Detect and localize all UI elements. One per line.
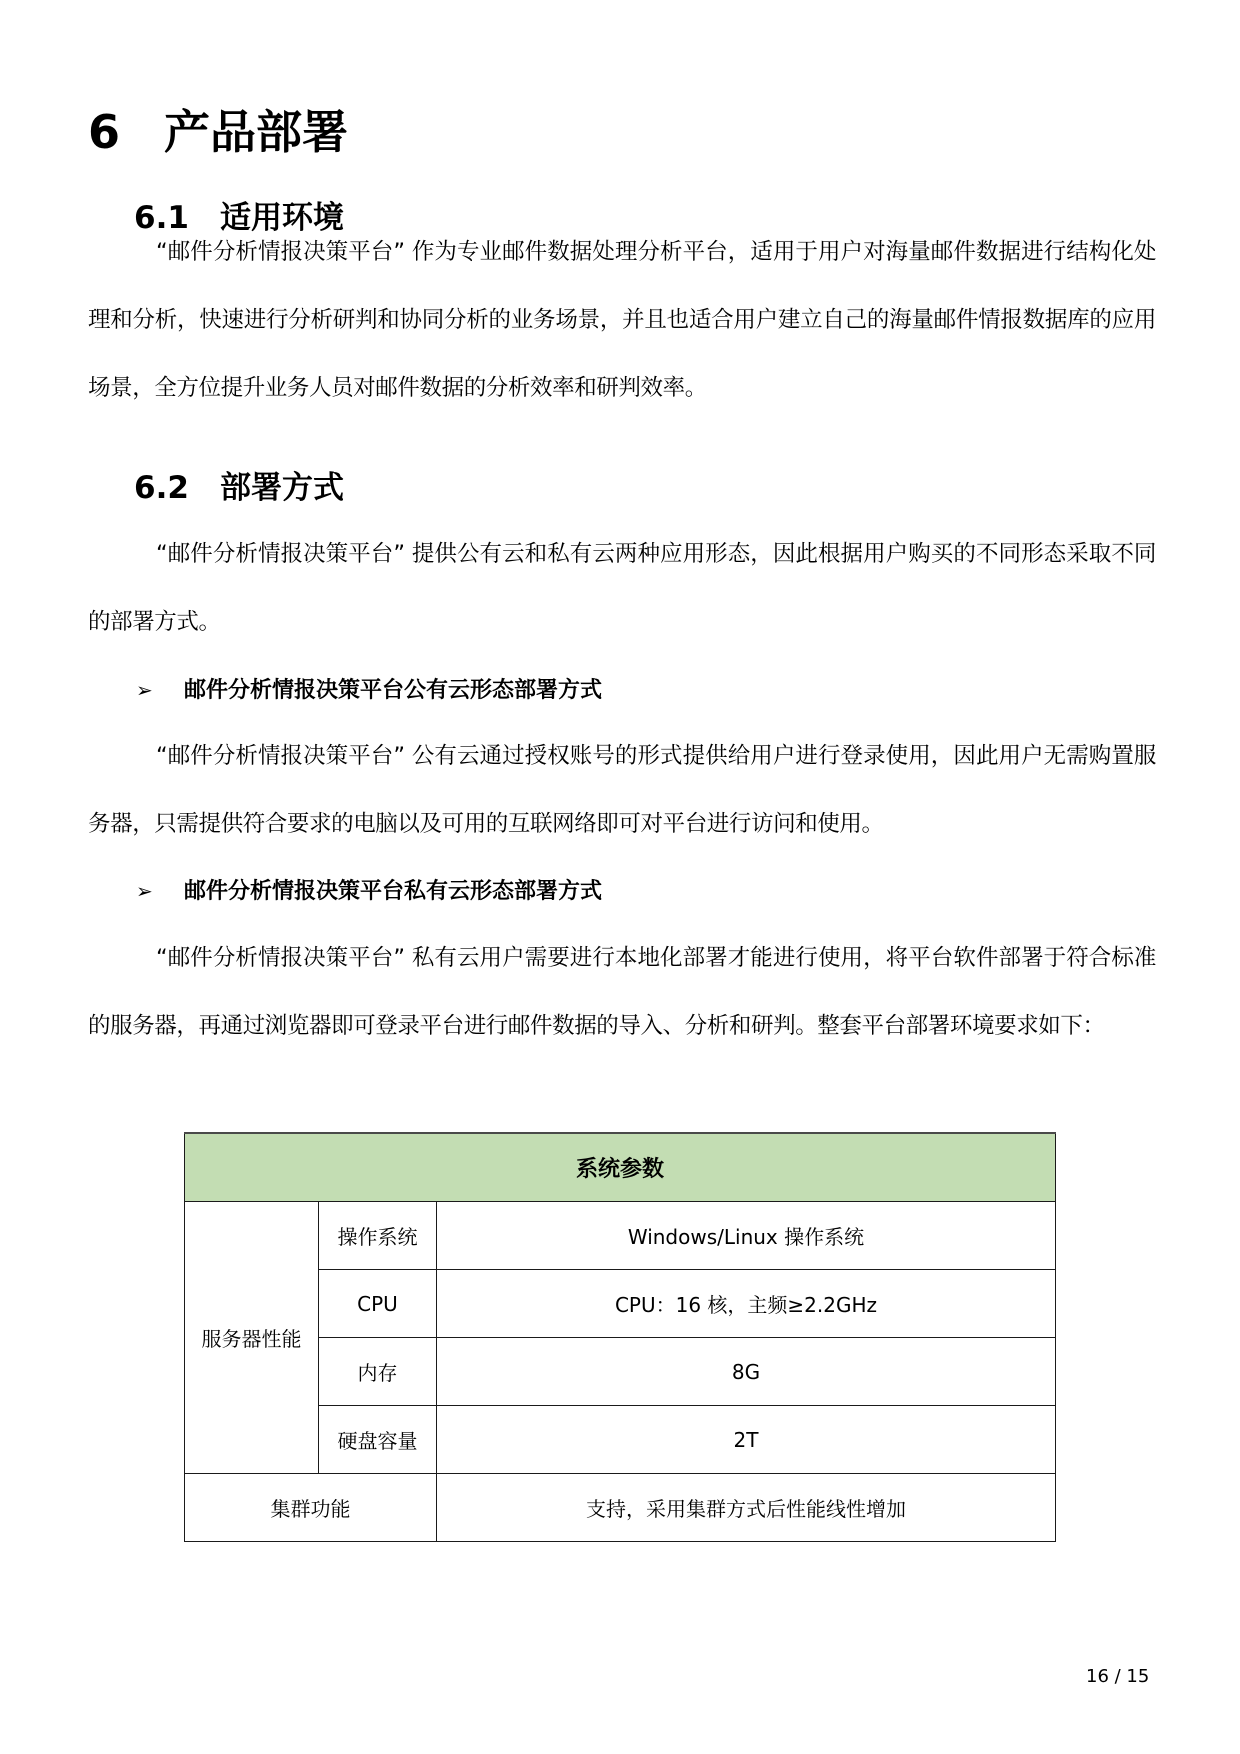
table-header-row: 系统参数 [185,1133,1056,1202]
paragraph-public-cloud: “邮件分析情报决策平台” 公有云通过授权账号的形式提供给用户进行登录使用，因此用… [88,722,1156,858]
param-value: Windows/Linux 操作系统 [437,1202,1056,1270]
section-heading-6-2: 6.2部署方式 [134,466,344,510]
arrow-bullet-icon: ➢ [136,875,184,907]
paragraph-deployment-intro: “邮件分析情报决策平台” 提供公有云和私有云两种应用形态，因此根据用户购买的不同… [88,520,1156,656]
chapter-number: 6 [88,100,164,164]
param-value: 支持，采用集群方式后性能线性增加 [437,1474,1056,1542]
system-parameters-table: 系统参数 服务器性能 操作系统 Windows/Linux 操作系统 CPU C… [184,1132,1056,1542]
section-title: 部署方式 [220,470,344,506]
param-label: 内存 [319,1338,437,1406]
chapter-heading: 6产品部署 [88,100,348,164]
param-label: 硬盘容量 [319,1406,437,1474]
group-label-server-performance: 服务器性能 [185,1202,319,1474]
bullet-heading-public-cloud: ➢邮件分析情报决策平台公有云形态部署方式 [136,674,602,707]
param-value: 2T [437,1406,1056,1474]
bullet-title: 邮件分析情报决策平台公有云形态部署方式 [184,678,602,703]
section-number: 6.2 [134,466,220,510]
page-number: 16 / 15 [1086,1666,1149,1687]
paragraph-private-cloud: “邮件分析情报决策平台” 私有云用户需要进行本地化部署才能进行使用，将平台软件部… [88,924,1156,1060]
table-row-cluster: 集群功能 支持，采用集群方式后性能线性增加 [185,1474,1056,1542]
chapter-title: 产品部署 [164,105,348,159]
bullet-heading-private-cloud: ➢邮件分析情报决策平台私有云形态部署方式 [136,875,602,908]
arrow-bullet-icon: ➢ [136,674,184,706]
document-page: 6产品部署 6.1适用环境 “邮件分析情报决策平台” 作为专业邮件数据处理分析平… [0,0,1240,1754]
table-header: 系统参数 [185,1133,1056,1202]
param-value: CPU：16 核，主频≥2.2GHz [437,1270,1056,1338]
param-label: CPU [319,1270,437,1338]
paragraph-applicable-environment: “邮件分析情报决策平台” 作为专业邮件数据处理分析平台，适用于用户对海量邮件数据… [88,218,1156,422]
param-label: 集群功能 [185,1474,437,1542]
param-label: 操作系统 [319,1202,437,1270]
param-value: 8G [437,1338,1056,1406]
table-row: 服务器性能 操作系统 Windows/Linux 操作系统 [185,1202,1056,1270]
bullet-title: 邮件分析情报决策平台私有云形态部署方式 [184,879,602,904]
